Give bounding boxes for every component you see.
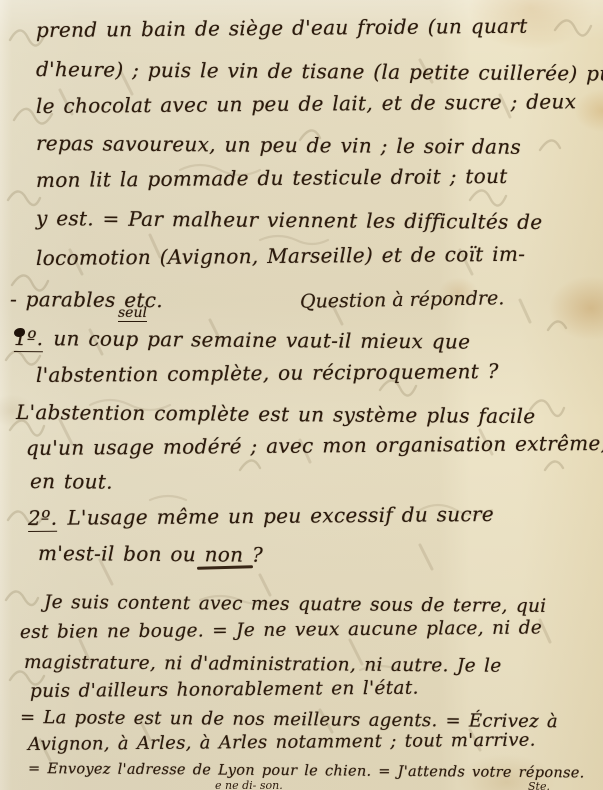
letter-body: prend un bain de siège d'eau froide (un … xyxy=(0,0,603,790)
question-2-line: 2º.L'usage même un peu excessif du sucre xyxy=(28,502,494,530)
question-header: Question à répondre. xyxy=(300,287,505,313)
letter-line: m'est-il bon ou non ? xyxy=(38,541,263,567)
inserted-word: seul xyxy=(118,305,147,322)
question-1-text: un coup par semaine vaut-il mieux que xyxy=(53,326,470,353)
letter-line: = La poste est un de nos meilleurs agent… xyxy=(20,707,558,732)
letter-line: le chocolat avec un peu de lait, et de s… xyxy=(36,89,576,118)
question-2-text: L'usage même un peu excessif du sucre xyxy=(67,502,494,530)
letter-line: est bien ne bouge. = Je ne veux aucune p… xyxy=(20,617,542,643)
letter-line: mon lit la pommade du testicule droit ; … xyxy=(36,164,508,192)
letter-line: en tout. xyxy=(30,469,113,494)
manuscript-page: prend un bain de siège d'eau froide (un … xyxy=(0,0,603,790)
letter-line: = Envoyez l'adresse de Lyon pour le chie… xyxy=(28,761,585,781)
letter-line: puis d'ailleurs honorablement en l'état. xyxy=(30,678,419,702)
letter-line: L'abstention complète est un système plu… xyxy=(16,400,536,428)
letter-line: Avignon, à Arles, à Arles notamment ; to… xyxy=(28,730,536,755)
letter-line: magistrature, ni d'administration, ni au… xyxy=(24,652,502,677)
letter-line: y est. = Par malheur viennent les diffic… xyxy=(36,206,543,234)
letter-line: d'heure) ; puis le vin de tisane (la pet… xyxy=(36,57,603,86)
bottom-cutoff-fragment: Ste. xyxy=(528,780,550,790)
letter-line: Je suis content avec mes quatre sous de … xyxy=(44,592,547,617)
letter-line: repas savoureux, un peu de vin ; le soir… xyxy=(36,131,521,159)
letter-line: l'abstention complète, ou réciproquement… xyxy=(36,359,499,387)
letter-line: prend un bain de siège d'eau froide (un … xyxy=(36,14,528,42)
ordinal-2-marker: 2º. xyxy=(28,506,58,532)
letter-line: locomotion (Avignon, Marseille) et de co… xyxy=(36,242,525,270)
divider-line xyxy=(197,565,253,569)
bottom-cutoff-fragment: e ne di- son. xyxy=(215,779,283,790)
question-1-line: 1º.un coup par semaine vaut-il mieux que xyxy=(14,326,470,354)
letter-line: qu'un usage modéré ; avec mon organisati… xyxy=(26,431,603,460)
